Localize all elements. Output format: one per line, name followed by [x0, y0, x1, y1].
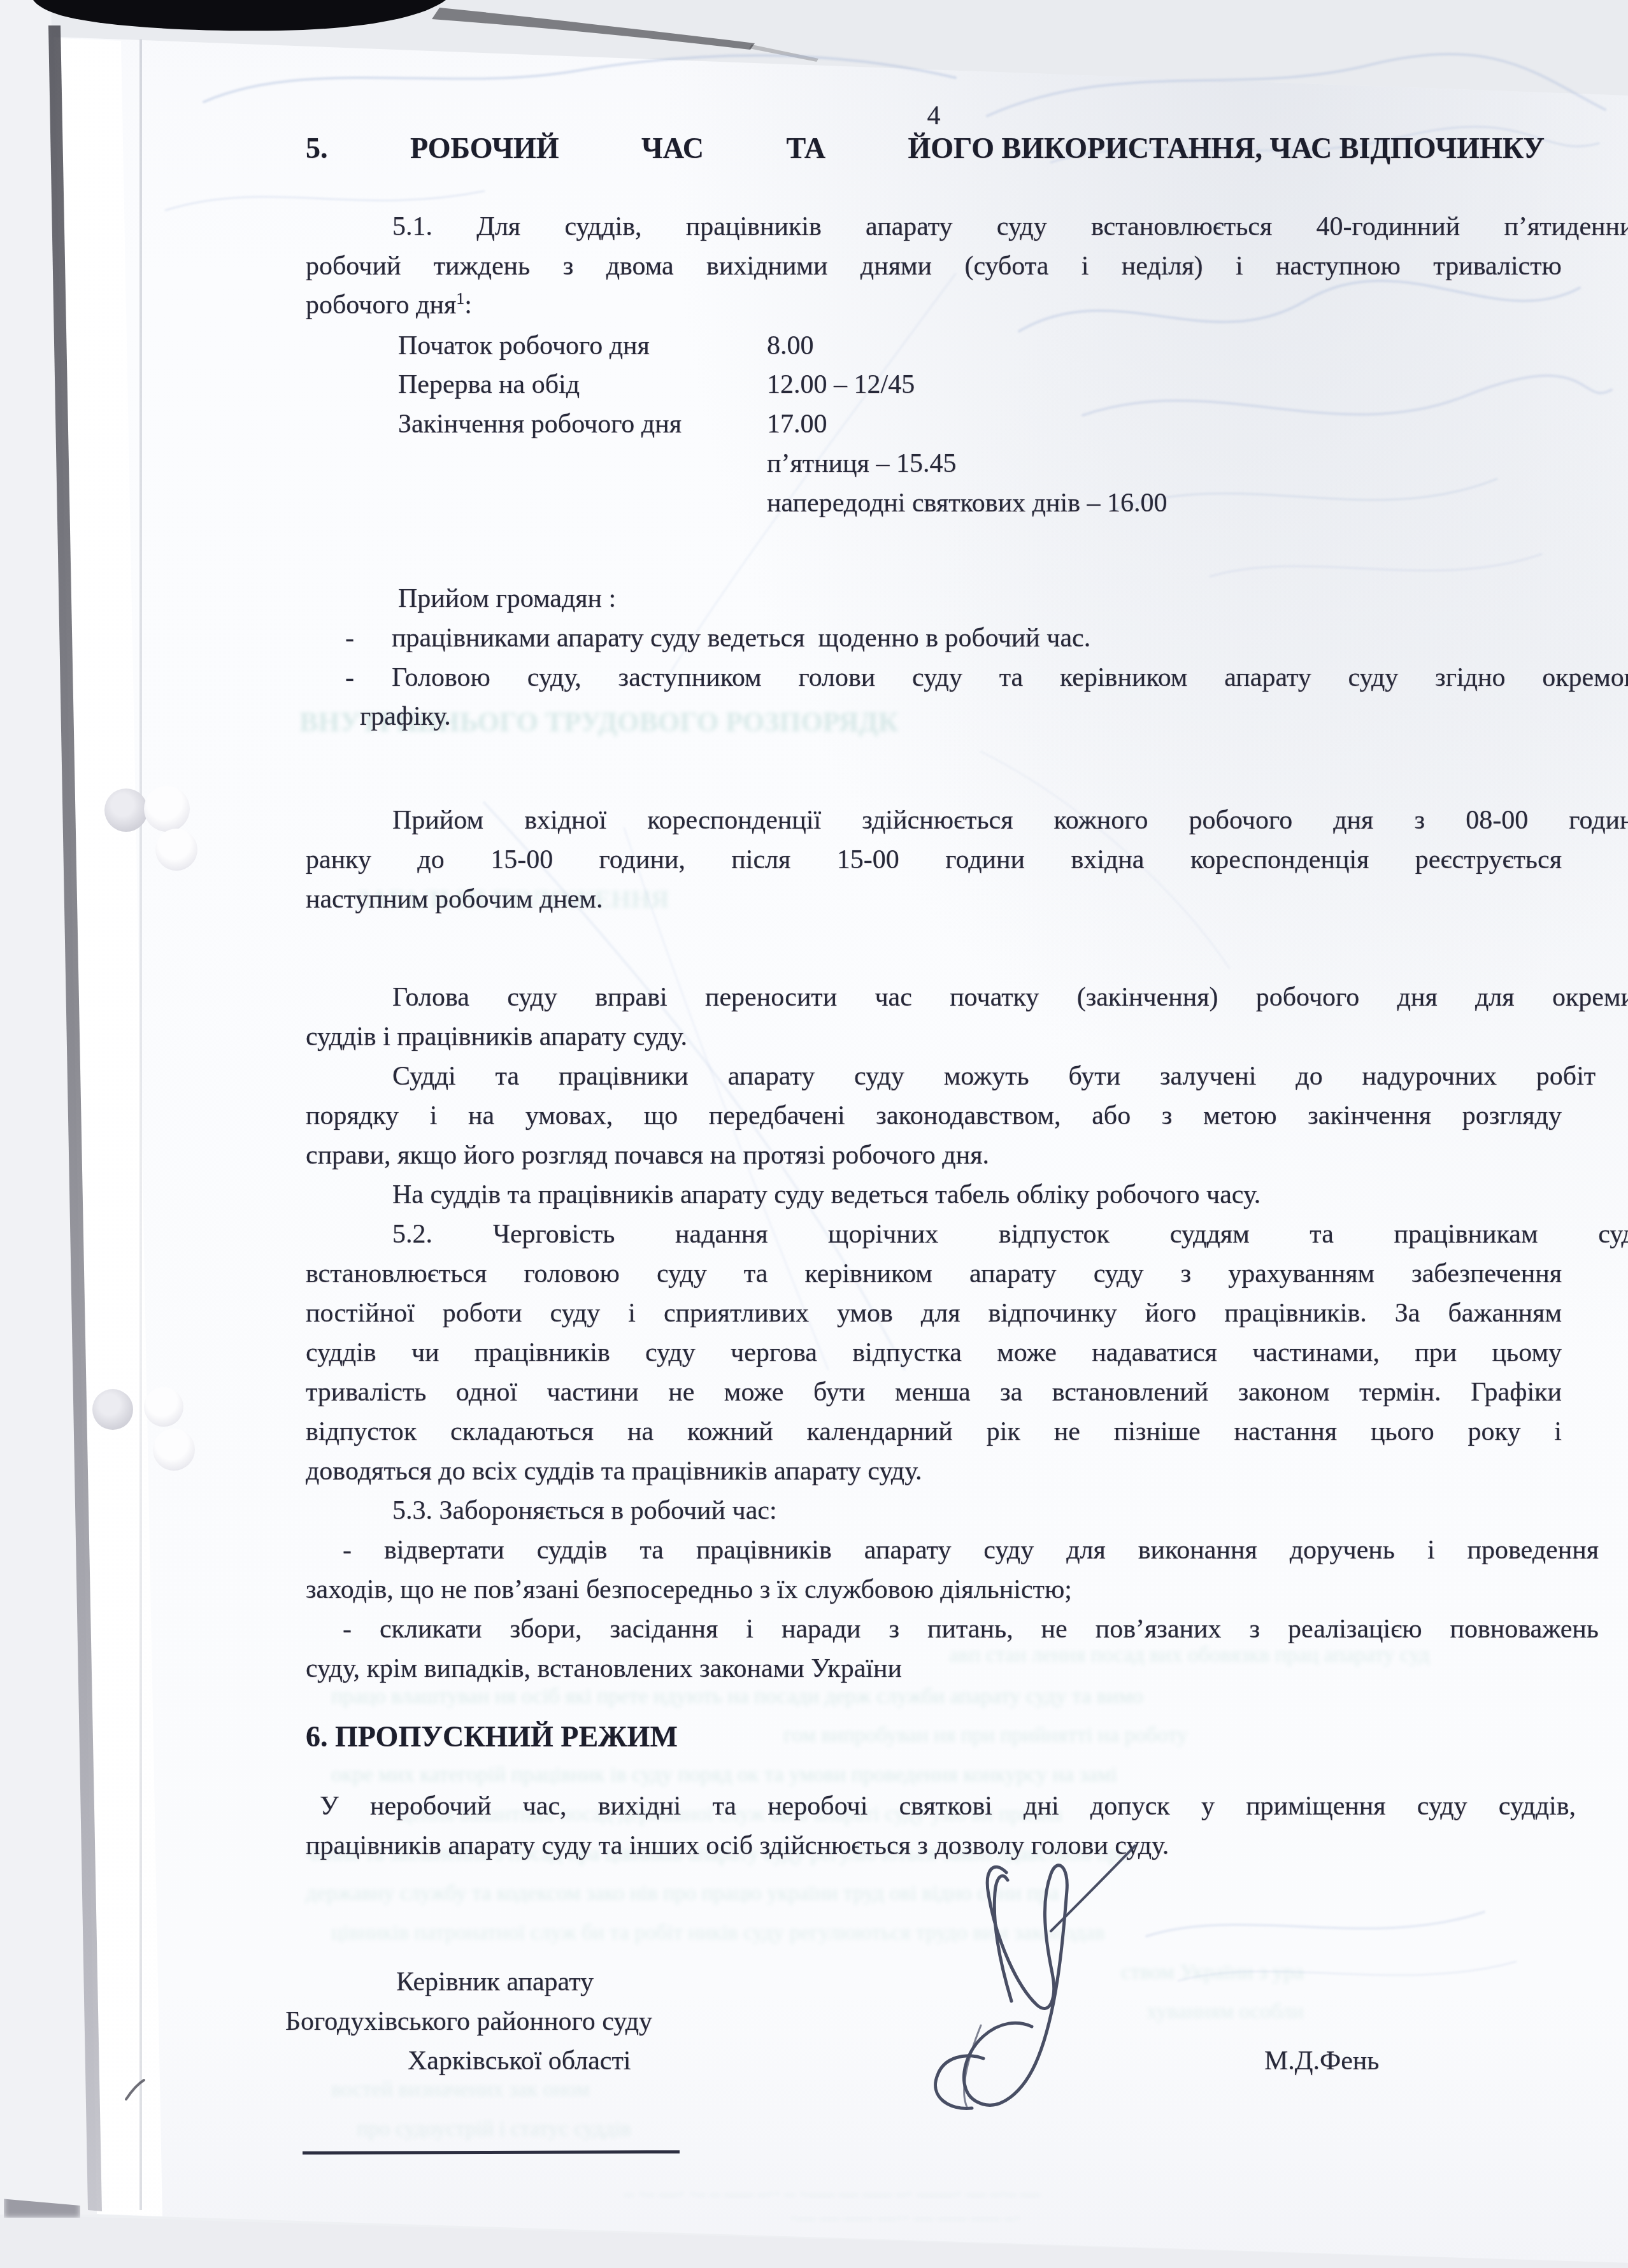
- signature-role-line1: Керівник апарату: [396, 1967, 594, 1999]
- para-5-3-bullet1-line2: заходів, що не пов’язані безпосередньо з…: [306, 1574, 1072, 1606]
- signature-role-line2: Богодухівського районного суду: [285, 2006, 652, 2038]
- handwritten-signature: [847, 1834, 1166, 2134]
- schedule-extra-holiday-eve: напередодні святкових днів – 16.00: [767, 488, 1167, 520]
- reception-title: Прийом громадян :: [398, 583, 616, 615]
- pen-mark: [122, 2078, 148, 2103]
- scanned-court-document-page: ВНУТРІШНЬОГО ТРУДОВОГО РОЗПОРЯДКЗАГАЛЬНІ…: [0, 0, 1628, 2268]
- para-5-1-line2: робочий тиждень з двома вихідними днями …: [306, 251, 1562, 283]
- chief-para-line2: суддів і працівників апарату суду.: [306, 1022, 687, 1053]
- para-5-1-line3: робочого дня1:: [306, 290, 472, 322]
- mail-para-line2: ранку до 15-00 години, після 15-00 годин…: [306, 845, 1562, 876]
- para-5-2-line2: встановлюється головою суду та керівнико…: [306, 1259, 1562, 1290]
- reception-item-1: працівниками апарату суду ведеться щоден…: [392, 623, 1090, 655]
- schedule-row-value: 17.00: [767, 409, 827, 441]
- section-6-line1: У неробочий час, вихідні та неробочі свя…: [306, 1791, 1576, 1823]
- para-5-2-line4: суддів чи працівників суду чергова відпу…: [306, 1337, 1562, 1369]
- para-5-2-line6: відпусток складаються на кожний календар…: [306, 1416, 1562, 1448]
- para-5-3-bullet2-line2: суду, крім випадків, встановлених закона…: [306, 1653, 902, 1685]
- para-5-3-bullet2-line1: - скликати збори, засідання і наради з п…: [306, 1614, 1599, 1646]
- heading-number: 5.: [306, 131, 328, 166]
- reception-item-2-line1: Головою суду, заступником голови суду та…: [306, 662, 1628, 694]
- punch-hole: [104, 788, 148, 832]
- overtime-line1: Судді та працівники апарату суду можуть …: [306, 1061, 1628, 1093]
- schedule-row-label: Закінчення робочого дня: [398, 409, 682, 441]
- punch-hole: [153, 1429, 195, 1471]
- reception-item-2-line2: графіку.: [360, 701, 451, 733]
- para-5-2-line3: постійної роботи суду і сприятливих умов…: [306, 1298, 1562, 1330]
- list-dash: -: [345, 623, 354, 655]
- para-5-3-heading: 5.3. Забороняється в робочий час:: [392, 1495, 777, 1527]
- section-5-heading: 5. РОБОЧИЙ ЧАС ТА ЙОГО ВИКОРИСТАННЯ, ЧАС…: [306, 131, 1545, 166]
- signature-role-line3: Харківської області: [408, 2046, 631, 2078]
- para-5-1-line1: 5.1. Для суддів, працівників апарату суд…: [306, 211, 1628, 243]
- para-5-2-line1: 5.2. Черговість надання щорічних відпуст…: [306, 1219, 1628, 1251]
- section-6-heading: 6. ПРОПУСКНИЙ РЕЖИМ: [306, 1720, 678, 1754]
- punch-hole: [155, 829, 197, 871]
- chief-para-line1: Голова суду вправі переносити час початк…: [306, 982, 1628, 1014]
- para-5-2-line7: доводяться до всіх суддів та працівників…: [306, 1456, 922, 1488]
- timesheet-line: На суддів та працівників апарату суду ве…: [392, 1180, 1260, 1211]
- schedule-row-value: 12.00 – 12/45: [767, 369, 915, 401]
- signatory-name: М.Д.Фень: [1264, 2046, 1379, 2078]
- punch-hole: [144, 1387, 183, 1427]
- punch-hole: [144, 786, 190, 832]
- schedule-extra-friday: п’ятниця – 15.45: [767, 448, 956, 480]
- footnote-marker: 1: [456, 289, 464, 308]
- para-5-2-line5: тривалість одної частини не може бути ме…: [306, 1377, 1562, 1409]
- overtime-line3: справи, якщо його розгляд почався на про…: [306, 1140, 989, 1172]
- overtime-line2: порядку і на умовах, що передбачені зако…: [306, 1101, 1562, 1132]
- punch-hole: [92, 1389, 133, 1430]
- page-number: 4: [306, 101, 1562, 132]
- schedule-row-label: Перерва на обід: [398, 369, 580, 401]
- mail-para-line3: наступним робочим днем.: [306, 884, 603, 916]
- para-5-3-bullet1-line1: - відвертати суддів та працівників апара…: [306, 1535, 1599, 1567]
- schedule-row-value: 8.00: [767, 331, 814, 362]
- mail-para-line1: Прийом вхідної кореспонденції здійснюєть…: [306, 805, 1628, 837]
- schedule-row-label: Початок робочого дня: [398, 331, 650, 362]
